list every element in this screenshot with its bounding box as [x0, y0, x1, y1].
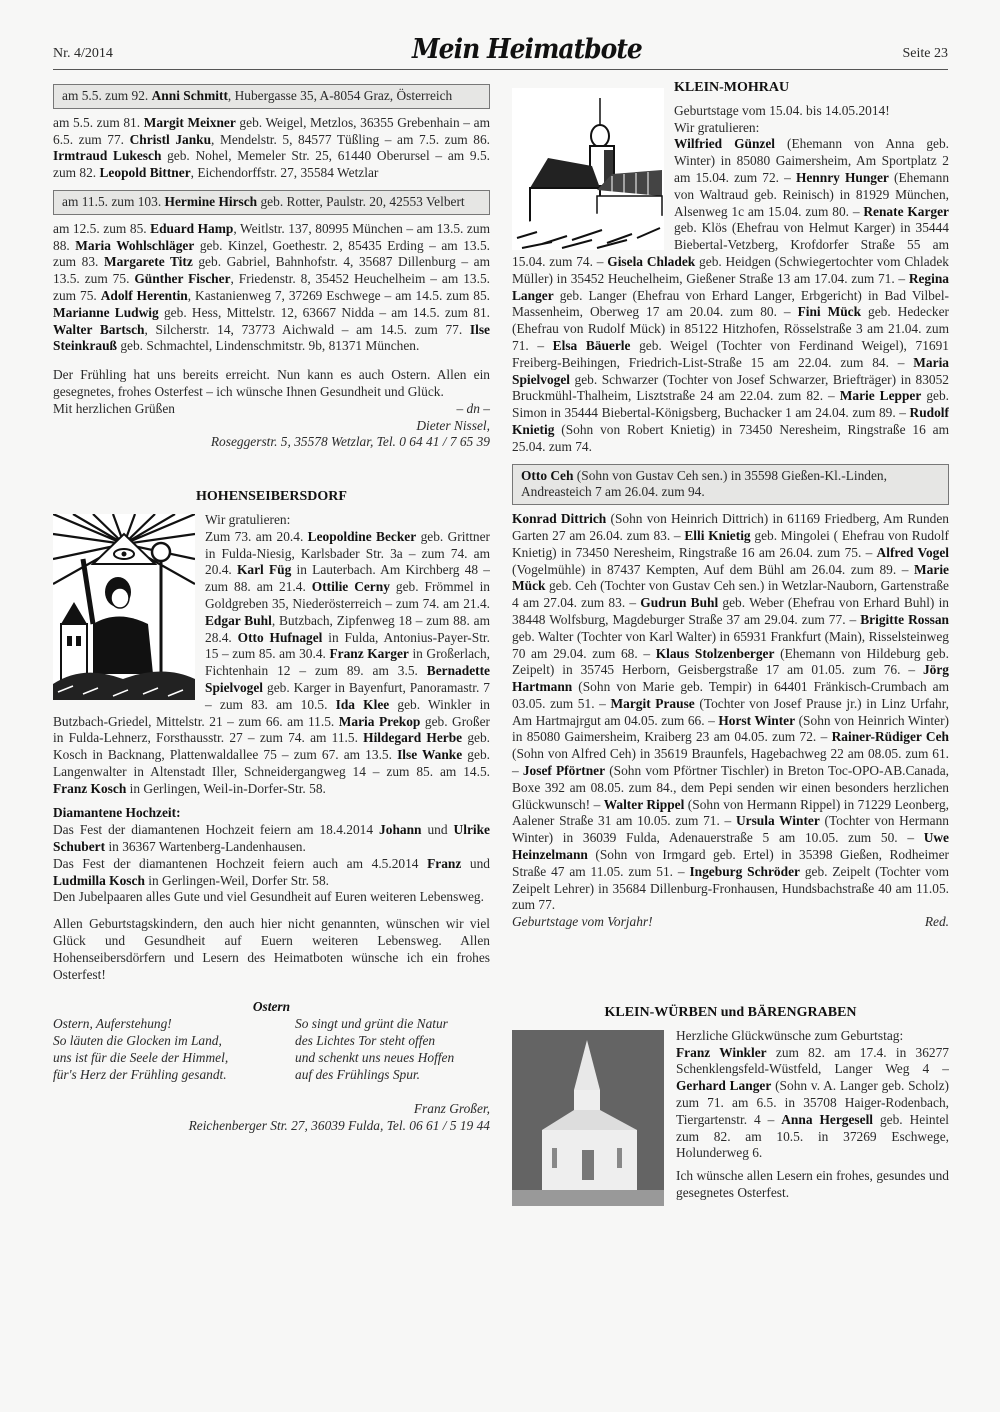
person-name: Franz Winkler — [676, 1045, 767, 1060]
person-name: Fini Mück — [798, 304, 862, 319]
text-run: Zum 73. am 20.4. — [205, 529, 308, 544]
kw-birthday-list: Franz Winkler zum 82. am 17.4. in 36277 … — [676, 1045, 949, 1161]
text-run: in 36367 Wartenberg-Landenhausen. — [105, 839, 306, 854]
person-name: Ottilie Cerny — [312, 579, 390, 594]
signature-name: Dieter Nissel, — [53, 418, 490, 435]
text-run: und — [461, 856, 490, 871]
text-run: und — [421, 822, 453, 837]
church-village-drawing — [512, 88, 664, 250]
regards-text: Mit herzlichen Grüßen — [53, 401, 175, 418]
poem-line: des Lichtes Tor steht offen — [295, 1033, 490, 1050]
person-name: Rainer-Rüdiger Ceh — [832, 729, 949, 744]
person-name: Brigitte Rossan — [860, 612, 949, 627]
header-page-number: Seite 23 — [903, 46, 949, 62]
person-name: Maria Wohlschläger — [75, 238, 194, 253]
person-name: Anna Hergesell — [781, 1112, 873, 1127]
person-name: Wilfried Günzel — [674, 136, 775, 151]
poem-line: Ostern, Auferstehung! — [53, 1016, 228, 1033]
text-run: am 12.5. zum 85. — [53, 221, 150, 236]
text-run: , Kastanienweg 7, 37269 Eschwege – am 14… — [188, 288, 490, 303]
text-run: geb. Schmachtel, Lindenschmitstr. 9b, 81… — [117, 338, 419, 353]
text-run: Das Fest der diamantenen Hochzeit feiern… — [53, 822, 379, 837]
text-run: geb. Hess, Mittelstr. 12, 63667 Nidda – … — [159, 305, 490, 320]
poem-author-address: Reichenberger Str. 27, 36039 Fulda, Tel.… — [53, 1118, 490, 1135]
person-name: Irmtraud Lukesch — [53, 148, 161, 163]
poem-stanza-right: So singt und grünt die Natur des Lichtes… — [295, 1016, 490, 1083]
box-text: (Sohn von Gustav Ceh sen.) in 35598 Gieß… — [521, 468, 887, 500]
person-name: Christl Janku — [130, 132, 211, 147]
km-footer: Geburtstage vom Vorjahr! Red. — [512, 914, 949, 931]
person-name: Horst Winter — [718, 713, 795, 728]
highlight-box-hermine-hirsch: am 11.5. zum 103. Hermine Hirsch geb. Ro… — [53, 190, 490, 215]
person-name: Alfred Vogel — [877, 545, 949, 560]
section-title-klein-wuerben: KLEIN-WÜRBEN und BÄRENGRABEN — [512, 1005, 949, 1022]
previous-year-note: Geburtstage vom Vorjahr! — [512, 914, 653, 931]
highlight-box-anni-schmitt: am 5.5. zum 92. Anni Schmitt, Hubergasse… — [53, 84, 490, 109]
person-name: Gisela Chladek — [607, 254, 695, 269]
person-name: Franz — [427, 856, 461, 871]
right-column: KLEIN-MOHRAU Geburtstage vom 15.04. bis … — [512, 80, 949, 1208]
person-name: Marie Lepper — [840, 388, 922, 403]
poem-stanza-left: Ostern, Auferstehung! So läuten die Gloc… — [53, 1016, 228, 1083]
masthead-logo: Mein Heimatbote — [412, 33, 642, 65]
person-name: Eduard Hamp — [150, 221, 233, 236]
poem-line: So läuten die Glocken im Land, — [53, 1033, 228, 1050]
person-name: Walter Bartsch — [53, 322, 145, 337]
left-column: am 5.5. zum 92. Anni Schmitt, Hubergasse… — [53, 80, 490, 1135]
box-name: Hermine Hirsch — [165, 194, 258, 209]
text-run: in Gerlingen-Weil, Dorfer Str. 58. — [145, 873, 329, 888]
poem-line: So singt und grünt die Natur — [295, 1016, 490, 1033]
person-name: Josef Pförtner — [523, 763, 605, 778]
person-name: Gudrun Buhl — [640, 595, 718, 610]
person-name: Elli Knietig — [684, 528, 750, 543]
text-run: Das Fest der diamantenen Hochzeit feiern… — [53, 856, 427, 871]
text-run: , Silcherstr. 14, 73773 Aichwald – am 14… — [145, 322, 470, 337]
diamond-wedding-title: Diamantene Hochzeit: — [53, 805, 490, 822]
regards-line: Mit herzlichen Grüßen – dn – — [53, 401, 490, 418]
birthday-paragraph-2: am 12.5. zum 85. Eduard Hamp, Weitlstr. … — [53, 221, 490, 355]
person-name: Margit Prause — [611, 696, 695, 711]
person-name: Margarete Titz — [104, 254, 193, 269]
person-name: Klaus Stolzenberger — [656, 646, 775, 661]
header-rule — [53, 69, 948, 70]
person-name: Hennry Hunger — [796, 170, 889, 185]
text-run: Den Jubelpaaren alles Gute und viel Gesu… — [53, 889, 484, 904]
person-name: Johann — [379, 822, 421, 837]
poem-line: uns ist für die Seele der Himmel, — [53, 1050, 228, 1067]
saint-woodcut-image — [53, 514, 195, 700]
hohenseibersdorf-section: Wir gratulieren: Zum 73. am 20.4. Leopol… — [53, 512, 490, 798]
person-name: Hildegard Herbe — [363, 730, 462, 745]
birthday-paragraph-1: am 5.5. zum 81. Margit Meixner geb. Weig… — [53, 115, 490, 182]
person-name: Leopold Bittner — [100, 165, 191, 180]
text-run: (Vogelmühle) in 87437 Kempten, Auf dem B… — [512, 562, 914, 577]
person-name: Elsa Bäuerle — [553, 338, 631, 353]
person-name: Leopoldine Becker — [308, 529, 417, 544]
person-name: Otto Hufnagel — [238, 630, 323, 645]
header-issue: Nr. 4/2014 — [53, 46, 113, 62]
text-run: am 5.5. zum 81. — [53, 115, 144, 130]
text-run: , Eichendorffstr. 27, 35584 Wetzlar — [191, 165, 379, 180]
text-run: , Mendelstr. 5, 84577 Tüßling – am 7.5. … — [211, 132, 490, 147]
signature-initials: – dn – — [457, 401, 490, 418]
person-name: Edgar Buhl — [205, 613, 272, 628]
person-name: Margit Meixner — [144, 115, 236, 130]
box-name: Otto Ceh — [521, 468, 573, 483]
greeting-text: Der Frühling hat uns bereits erreicht. N… — [53, 367, 490, 401]
box-text: am 5.5. zum 92. — [62, 88, 152, 103]
section-title-hohenseibersdorf: HOHENSEIBERSDORF — [53, 489, 490, 506]
person-name: Günther Fischer — [134, 271, 230, 286]
poem-line: für's Herz der Frühling gesandt. — [53, 1067, 228, 1084]
text-run: (Sohn von Robert Knietig) in 73450 Neres… — [512, 422, 949, 454]
person-name: Renate Karger — [863, 204, 949, 219]
person-name: Konrad Dittrich — [512, 511, 606, 526]
person-name: Franz Kosch — [53, 781, 126, 796]
diamond-wedding-text: Das Fest der diamantenen Hochzeit feiern… — [53, 822, 490, 906]
klein-wuerben-section: Herzliche Glückwünsche zum Geburtstag: F… — [512, 1028, 949, 1208]
klein-mohrau-section: KLEIN-MOHRAU Geburtstage vom 15.04. bis … — [512, 80, 949, 456]
poem-body: Ostern, Auferstehung! So läuten die Gloc… — [53, 1016, 490, 1083]
person-name: Ursula Winter — [736, 813, 820, 828]
poem-line: auf des Frühlings Spur. — [295, 1067, 490, 1084]
poem-title: Ostern — [53, 999, 490, 1016]
person-name: Ludmilla Kosch — [53, 873, 145, 888]
poem-author: Franz Großer, — [53, 1101, 490, 1118]
text-run: in Gerlingen, Weil-in-Dorfer-Str. 58. — [126, 781, 326, 796]
person-name: Franz Karger — [329, 646, 408, 661]
box-text: , Hubergasse 35, A-8054 Graz, Österreich — [228, 88, 452, 103]
person-name: Ingeburg Schröder — [689, 864, 800, 879]
hs-closing-text: Allen Geburtstagskindern, den auch hier … — [53, 916, 490, 983]
person-name: Ilse Wanke — [397, 747, 462, 762]
signature-address: Roseggerstr. 5, 35578 Wetzlar, Tel. 0 64… — [53, 434, 490, 451]
person-name: Marianne Ludwig — [53, 305, 159, 320]
highlight-box-otto-ceh: Otto Ceh (Sohn von Gustav Ceh sen.) in 3… — [512, 464, 949, 506]
box-text: am 11.5. zum 103. — [62, 194, 165, 209]
person-name: Ida Klee — [336, 697, 390, 712]
person-name: Adolf Herentin — [101, 288, 188, 303]
person-name: Gerhard Langer — [676, 1078, 771, 1093]
box-name: Anni Schmitt — [152, 88, 228, 103]
person-name: Karl Füg — [237, 562, 291, 577]
person-name: Maria Prekop — [339, 714, 421, 729]
box-text: geb. Rotter, Paulstr. 20, 42553 Velbert — [257, 194, 465, 209]
chapel-photo — [512, 1030, 664, 1206]
editor-signature: Red. — [925, 914, 949, 931]
person-name: Walter Rippel — [604, 797, 685, 812]
km-birthday-list-2: Konrad Dittrich (Sohn von Heinrich Dittr… — [512, 511, 949, 914]
poem-line: und schenkt uns neues Hoffen — [295, 1050, 490, 1067]
